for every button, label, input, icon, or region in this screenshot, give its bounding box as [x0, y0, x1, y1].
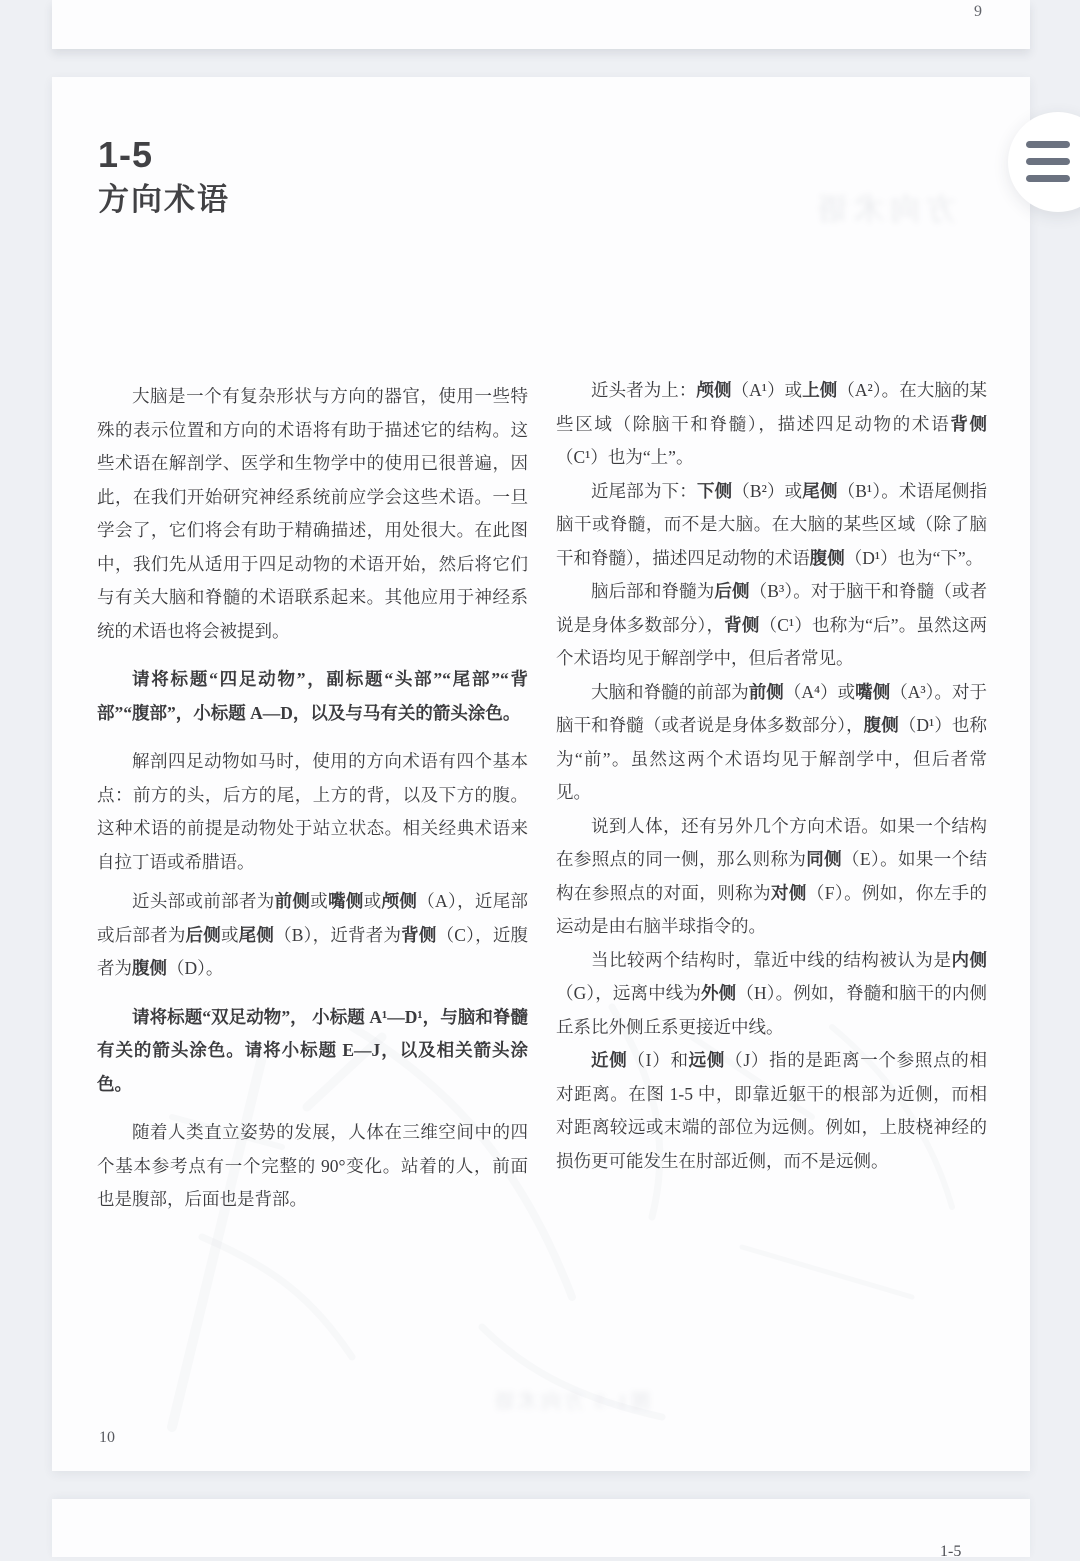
page-number: 10 [99, 1429, 115, 1447]
previous-page-number: 9 [974, 3, 982, 21]
previous-page-edge: 9 [52, 0, 1030, 49]
section-number: 1-5 [98, 135, 230, 175]
text-column-left: 大脑是一个有复杂形状与方向的器官，使用一些特殊的表示位置和方向的术语将有助于描述… [97, 374, 528, 1223]
paragraph: 请将标题“双足动物”， 小标题 A¹—D¹，与脑和脊髓有关的箭头涂色。请将小标题… [97, 1001, 528, 1102]
paragraph: 请将标题“四足动物”，副标题“头部”“尾部”“背部”“腹部”，小标题 A—D，以… [97, 663, 528, 730]
paragraph: 随着人类直立姿势的发展，人体在三维空间中的四个基本参考点有一个完整的 90°变化… [97, 1116, 528, 1217]
text-column-right: 近头者为上：颅侧（A¹）或上侧（A²）。在大脑的某些区域（除脑干和脊髓），描述四… [556, 374, 987, 1223]
paragraph: 脑后部和脊髓为后侧（B³）。对于脑干和脊髓（或者说是身体多数部分），背侧（C¹）… [556, 575, 987, 676]
paragraph: 近头者为上：颅侧（A¹）或上侧（A²）。在大脑的某些区域（除脑干和脊髓），描述四… [556, 374, 987, 475]
paragraph: 解剖四足动物如马时，使用的方向术语有四个基本点：前方的头，后方的尾，上方的背，以… [97, 745, 528, 879]
next-page-corner-label: 1-5 [940, 1543, 961, 1557]
next-page-edge: 1-5 [52, 1499, 1030, 1557]
bleed-through-text-bottom: 图1-5 方向术语 [492, 1385, 651, 1414]
paragraph: 大脑和脊髓的前部为前侧（A⁴）或嘴侧（A³）。对于脑干和脊髓（或者说是身体多数部… [556, 676, 987, 810]
paragraph: 当比较两个结构时，靠近中线的结构被认为是内侧（G），远离中线为外侧（H）。例如，… [556, 944, 987, 1045]
page-title: 方向术语 [98, 182, 230, 218]
paragraph: 说到人体，还有另外几个方向术语。如果一个结构在参照点的同一侧，那么则称为同侧（E… [556, 810, 987, 944]
section-heading: 1-5 方向术语 [98, 135, 230, 218]
bleed-through-text-top: 方向术语 [812, 185, 956, 229]
paragraph: 近侧（I）和远侧（J）指的是距离一个参照点的相对距离。在图 1-5 中，即靠近躯… [556, 1044, 987, 1178]
body-text: 大脑是一个有复杂形状与方向的器官，使用一些特殊的表示位置和方向的术语将有助于描述… [97, 374, 987, 1223]
book-page: 方向术语 图1-5 方向术语 1-5 方向术语 大脑是一个有复杂形状与方向的器官… [52, 77, 1030, 1471]
paragraph: 近尾部为下：下侧（B²）或尾侧（B¹）。术语尾侧指脑干或脊髓，而不是大脑。在大脑… [556, 475, 987, 576]
paragraph: 大脑是一个有复杂形状与方向的器官，使用一些特殊的表示位置和方向的术语将有助于描述… [97, 380, 528, 648]
hamburger-menu-icon [1026, 141, 1070, 183]
paragraph: 近头部或前部者为前侧或嘴侧或颅侧（A），近尾部或后部者为后侧或尾侧（B），近背者… [97, 885, 528, 986]
